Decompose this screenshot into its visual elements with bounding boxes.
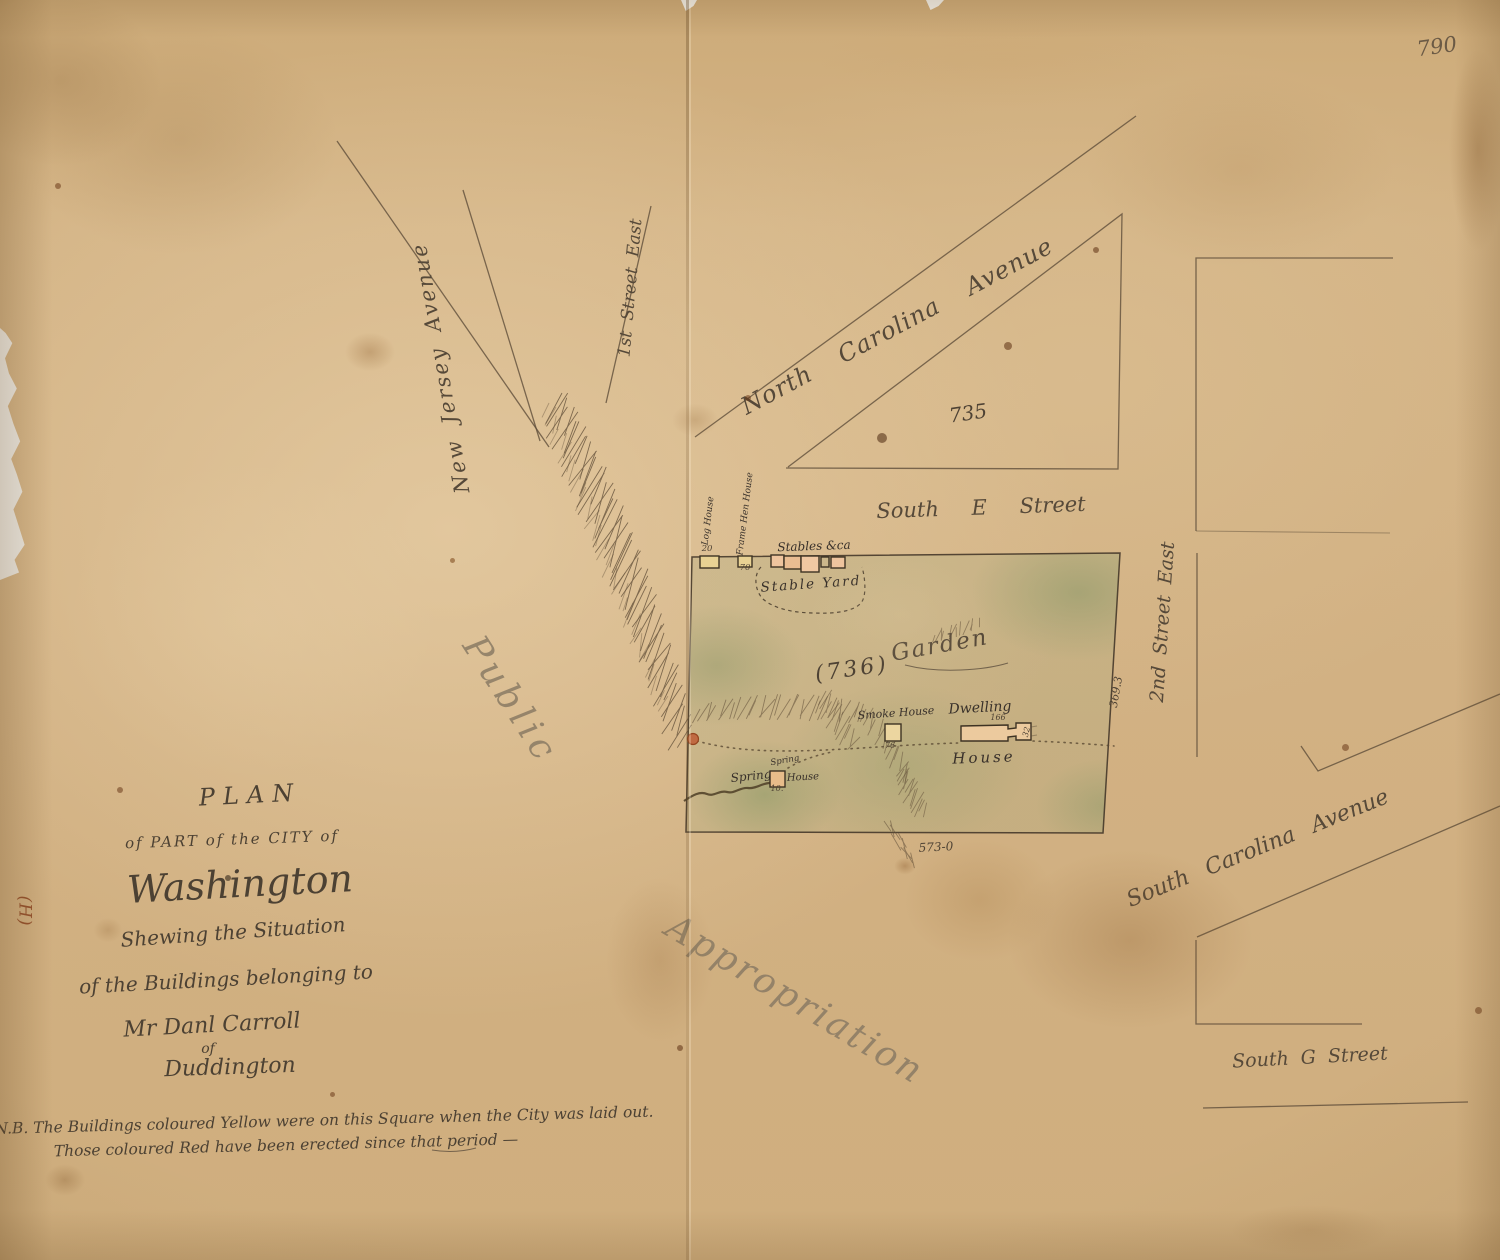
spring-house-number: 10. — [771, 785, 784, 793]
street-lines — [337, 116, 1500, 1108]
well-marker — [688, 734, 699, 745]
log-house-building — [700, 556, 719, 568]
footpath-dotted-west — [697, 741, 958, 751]
block-ne-south-edge — [1196, 531, 1390, 533]
hachure-stroke — [692, 709, 700, 723]
sheet-number: 790 — [1416, 34, 1459, 60]
hachure-stroke — [640, 633, 642, 657]
hachure-stroke — [563, 421, 579, 458]
hachure-stroke — [542, 403, 549, 417]
hachure-stroke — [564, 421, 576, 453]
title-line-washington: Washington — [126, 859, 354, 909]
hachure-stroke — [611, 532, 633, 580]
hachure-stroke — [564, 407, 574, 436]
hachure-slope-band — [546, 393, 692, 750]
map-sheet: 790 (H) New Jersey Avenue 1st Street Eas… — [0, 0, 1500, 1260]
hachure-stroke — [900, 752, 903, 771]
hachure-smokehouse-south — [897, 768, 927, 817]
hachure-stroke — [911, 788, 918, 809]
smoke-house-building — [885, 724, 901, 741]
smoke-house-number: 76 — [885, 742, 895, 750]
new-jersey-avenue-line-east — [463, 190, 540, 441]
hachure-stroke — [545, 407, 556, 425]
hachure-stroke — [840, 724, 850, 745]
block-ne-outline — [1196, 258, 1393, 531]
hachure-stroke — [923, 803, 926, 818]
stables-building-5 — [831, 557, 845, 568]
title-line-of: of — [201, 1042, 215, 1056]
hachure-stroke — [777, 699, 790, 720]
south-g-block-outline — [1196, 940, 1362, 1024]
hachure-stroke — [580, 483, 586, 498]
stables-building-4 — [821, 557, 829, 567]
frame-hen-house-number: 70 — [740, 564, 751, 573]
south-carolina-avenue-line-north — [1301, 694, 1500, 771]
hachure-stroke — [884, 821, 891, 831]
title-line-plan: PLAN — [198, 780, 302, 809]
title-line-duddington: Duddington — [164, 1055, 296, 1082]
south-carolina-avenue-line-south — [1197, 806, 1500, 937]
hachure-stroke — [595, 482, 606, 523]
hachure-stroke — [576, 487, 586, 511]
hachure-stroke — [578, 473, 604, 515]
hachure-stroke — [759, 699, 775, 717]
dimension-south: 573-0 — [918, 840, 953, 854]
hachure-stroke — [602, 554, 613, 578]
hachure-stroke — [588, 497, 592, 519]
hachure-stroke — [619, 550, 638, 594]
stables-label: Stables &ca — [777, 539, 851, 554]
log-house-number: 20 — [702, 545, 713, 554]
hachure-stroke — [770, 694, 778, 720]
hachure-stroke — [644, 613, 662, 658]
hachure-stroke — [707, 705, 716, 721]
hachure-stroke — [787, 695, 799, 718]
hachure-south-edge — [884, 821, 914, 869]
lot-number-735: 735 — [948, 400, 989, 425]
stables-building-2 — [784, 556, 801, 569]
spring-house-label-bottom: House — [787, 772, 820, 784]
footpath-dotted-east — [1033, 741, 1114, 746]
hachure-stroke — [619, 583, 628, 609]
hachure-stroke — [891, 834, 901, 851]
hachure-stroke — [719, 699, 733, 720]
dwelling-house-label: House — [952, 749, 1016, 766]
stables-building-1 — [771, 555, 784, 567]
dwelling-house-building — [961, 723, 1031, 741]
hachure-stroke — [775, 695, 781, 716]
hachure-stroke — [632, 613, 641, 634]
south-g-lower-line — [1203, 1102, 1468, 1108]
square-736-outline — [686, 553, 1120, 833]
garden-underline-flourish — [905, 663, 1008, 670]
hachure-stroke — [800, 699, 804, 719]
hachure-stroke — [672, 693, 686, 730]
hachure-stroke — [628, 586, 647, 625]
stables-building-3 — [801, 556, 819, 572]
hachure-stroke — [581, 457, 596, 493]
hachure-stroke — [567, 455, 571, 472]
hachure-stroke — [749, 700, 756, 715]
margin-mark: (H) — [16, 895, 33, 926]
hachure-stroke — [746, 695, 757, 719]
dwelling-number: 166 — [990, 714, 1005, 722]
hachure-stroke — [902, 838, 907, 859]
hachure-stroke — [612, 533, 631, 573]
